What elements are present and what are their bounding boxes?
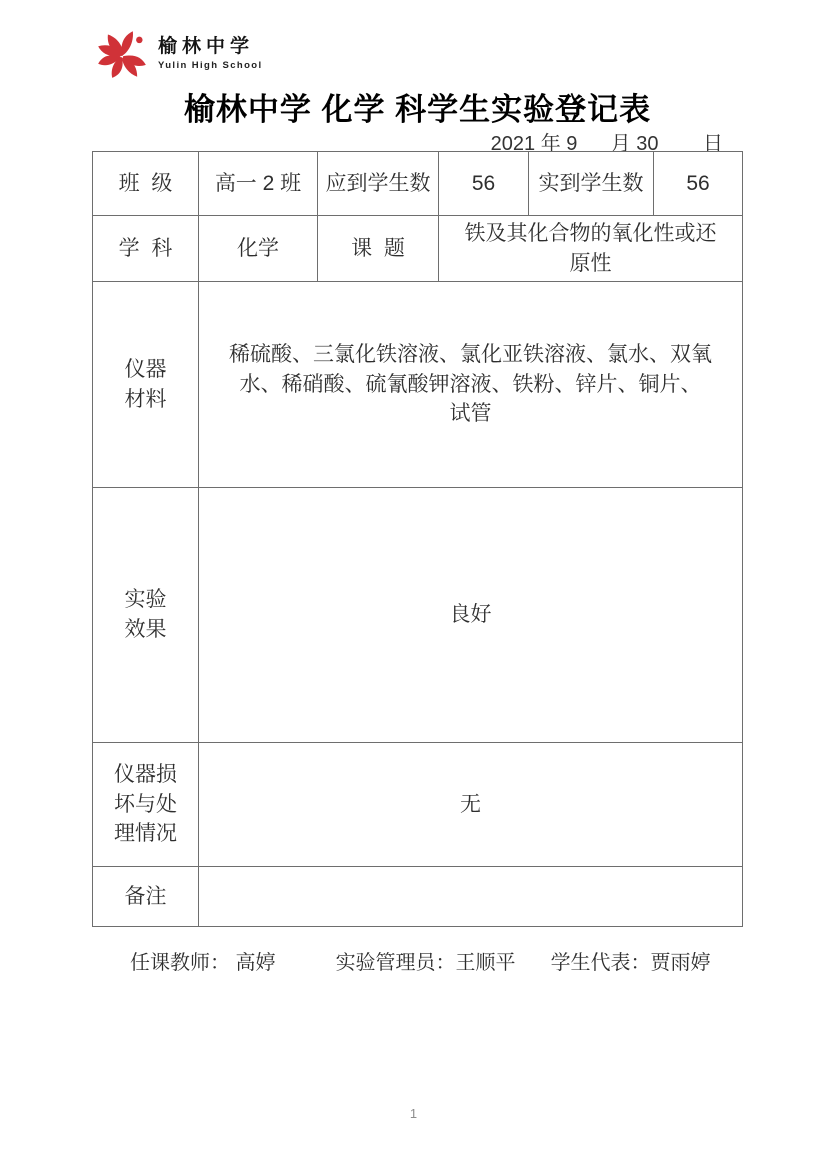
damage-value-cell: 无 — [199, 743, 743, 867]
school-name-chinese: 榆林中学 — [158, 37, 263, 58]
flower-logo-icon — [96, 28, 148, 80]
actual-count-label-cell: 实到学生数 — [529, 152, 654, 216]
remarks-value-cell — [199, 867, 743, 927]
signature-line: 任课教师： 高婷 实验管理员：王顺平 学生代表：贾雨婷 — [130, 946, 711, 975]
school-name-english: Yulin High School — [158, 60, 263, 71]
student-representative-signature: 学生代表：贾雨婷 — [551, 946, 711, 975]
class-value-cell: 高一 2 班 — [199, 152, 318, 216]
actual-count-value-cell: 56 — [654, 152, 743, 216]
subject-value-cell: 化学 — [199, 216, 318, 282]
class-label-cell: 班 级 — [93, 152, 199, 216]
subject-label-cell: 学 科 — [93, 216, 199, 282]
teacher-signature: 任课教师： 高婷 — [130, 946, 276, 975]
remarks-label-cell: 备注 — [93, 867, 199, 927]
topic-value-cell: 铁及其化合物的氧化性或还 原性 — [439, 216, 743, 282]
effect-value-cell: 良好 — [199, 488, 743, 743]
school-logo-text: 榆林中学 Yulin High School — [158, 37, 263, 72]
materials-label-cell: 仪器 材料 — [93, 282, 199, 488]
registration-table: 班 级 高一 2 班 应到学生数 56 实到学生数 56 学 科 化学 课 题 … — [92, 151, 743, 927]
page-title: 榆林中学 化学 科学生实验登记表 — [93, 84, 742, 129]
document-page: 榆林中学 Yulin High School 榆林中学 化学 科学生实验登记表 … — [0, 0, 827, 1153]
damage-label-cell: 仪器损 坏与处 理情况 — [93, 743, 199, 867]
effect-label-cell: 实验 效果 — [93, 488, 199, 743]
expected-count-value-cell: 56 — [439, 152, 529, 216]
materials-value-cell: 稀硫酸、三氯化铁溶液、氯化亚铁溶液、氯水、双氧 水、稀硝酸、硫氰酸钾溶液、铁粉、… — [199, 282, 743, 488]
school-logo: 榆林中学 Yulin High School — [96, 28, 263, 80]
lab-manager-signature: 实验管理员：王顺平 — [336, 946, 516, 975]
page-number: 1 — [0, 1106, 827, 1121]
topic-label-cell: 课 题 — [318, 216, 439, 282]
expected-count-label-cell: 应到学生数 — [318, 152, 439, 216]
